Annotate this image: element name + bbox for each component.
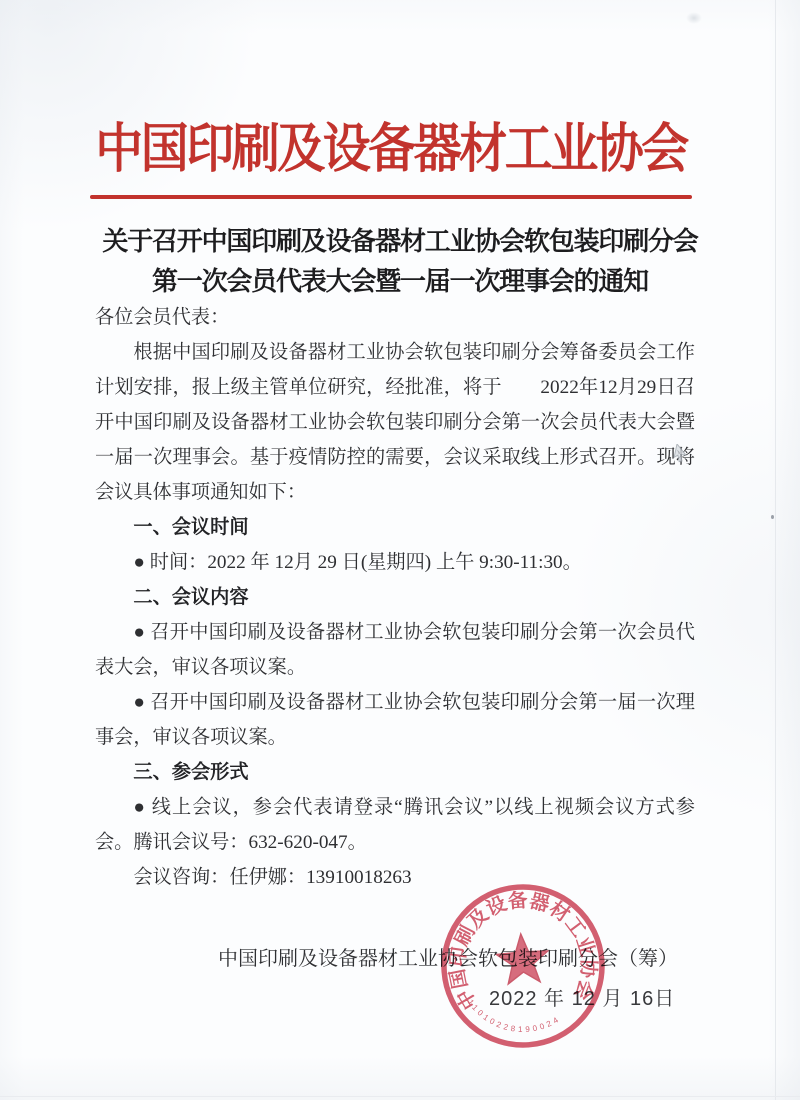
- scan-speck: [771, 515, 774, 519]
- section-3-heading: 三、参会形式: [95, 755, 695, 790]
- scan-smudge: [686, 12, 702, 24]
- salutation: 各位会员代表：: [95, 300, 695, 335]
- scan-edge-line-vertical: [775, 0, 776, 1100]
- notice-document-page: 中国印刷及设备器材工业协会 关于召开中国印刷及设备器材工业协会软包装印刷分会 第…: [0, 0, 800, 1100]
- document-title: 关于召开中国印刷及设备器材工业协会软包装印刷分会 第一次会员代表大会暨一届一次理…: [0, 222, 800, 302]
- header-divider: [90, 195, 692, 199]
- section-2-item-1: ● 召开中国印刷及设备器材工业协会软包装印刷分会第一次会员代表大会，审议各项议案…: [95, 615, 695, 685]
- section-3-item-1: ● 线上会议，参会代表请登录“腾讯会议”以线上视频会议方式参会。腾讯会议号：63…: [95, 790, 695, 860]
- seal-star-icon: [495, 932, 550, 984]
- intro-paragraph: 根据中国印刷及设备器材工业协会软包装印刷分会筹备委员会工作计划安排，报上级主管单…: [95, 335, 695, 510]
- official-seal: 中国印刷及设备器材工业协会 11010228190024: [432, 875, 613, 1056]
- org-name-header: 中国印刷及设备器材工业协会: [0, 106, 791, 182]
- document-title-line2: 第一次会员代表大会暨一届一次理事会的通知: [0, 262, 800, 302]
- section-2-item-2: ● 召开中国印刷及设备器材工业协会软包装印刷分会第一届一次理事会，审议各项议案。: [95, 685, 695, 755]
- notice-body: 各位会员代表： 根据中国印刷及设备器材工业协会软包装印刷分会筹备委员会工作计划安…: [95, 300, 695, 895]
- section-1-heading: 一、会议时间: [95, 510, 695, 545]
- contact-line: 会议咨询：任伊娜：13910018263: [95, 860, 695, 895]
- document-title-line1: 关于召开中国印刷及设备器材工业协会软包装印刷分会: [0, 222, 800, 262]
- scan-edge-line-horizontal: [0, 1096, 800, 1097]
- section-2-heading: 二、会议内容: [95, 580, 695, 615]
- mouse-cursor-icon: [672, 444, 690, 464]
- section-1-item-1: ● 时间：2022 年 12月 29 日(星期四) 上午 9:30-11:30。: [95, 545, 695, 580]
